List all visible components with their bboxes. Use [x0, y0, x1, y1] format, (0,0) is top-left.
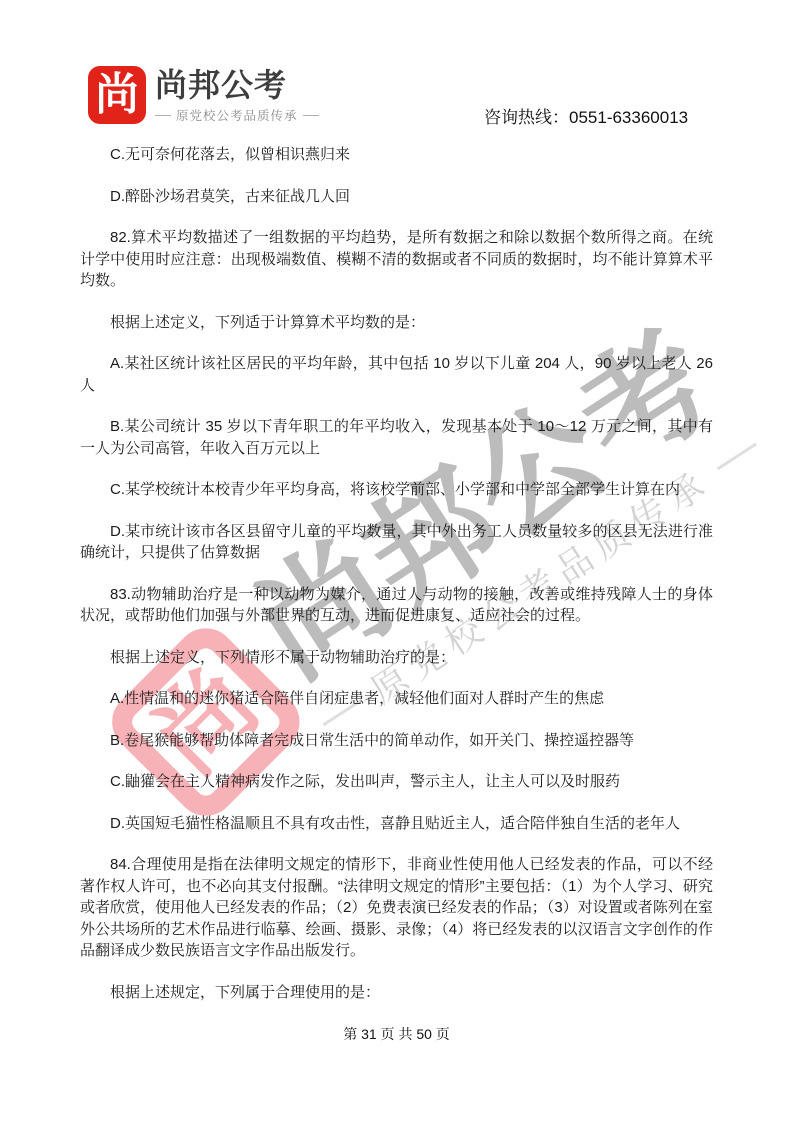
brand-name: 尚邦公考	[155, 69, 319, 101]
hotline-label: 咨询热线：	[484, 108, 569, 127]
hotline: 咨询热线：0551-63360013	[484, 103, 688, 128]
paragraph: 83.动物辅助治疗是一种以动物为媒介，通过人与动物的接触，改善或维持残障人士的身…	[80, 584, 713, 627]
page-number: 第 31 页 共 50 页	[343, 1026, 450, 1042]
paragraph: C.某学校统计本校青少年平均身高，将该校学前部、小学部和中学部全部学生计算在内	[80, 479, 713, 501]
paragraph: C.鼬獾会在主人精神病发作之际，发出叫声，警示主人，让主人可以及时服药	[80, 771, 713, 793]
brand-text-block: 尚邦公考 原党校公考品质传承	[155, 66, 319, 124]
hotline-number: 0551-63360013	[569, 108, 688, 127]
paragraph: B.卷尾猴能够帮助体障者完成日常生活中的简单动作，如开关门、操控遥控器等	[80, 730, 713, 752]
paragraph: 82.算术平均数描述了一组数据的平均趋势，是所有数据之和除以数据个数所得之商。在…	[80, 227, 713, 292]
brand-logo-mark: 尚	[88, 66, 146, 124]
paragraph: 根据上述定义，下列情形不属于动物辅助治疗的是：	[80, 647, 713, 669]
paragraph: D.醉卧沙场君莫笑，古来征战几人回	[80, 186, 713, 208]
brand-tagline: 原党校公考品质传承	[155, 106, 319, 124]
paragraph: A.性情温和的迷你猪适合陪伴自闭症患者，减轻他们面对人群时产生的焦虑	[80, 688, 713, 710]
document-body: C.无可奈何花落去，似曾相识燕归来D.醉卧沙场君莫笑，古来征战几人回82.算术平…	[80, 144, 713, 1023]
page-footer: 第 31 页 共 50 页	[0, 1024, 793, 1044]
paragraph: C.无可奈何花落去，似曾相识燕归来	[80, 144, 713, 166]
paragraph: B.某公司统计 35 岁以下青年职工的年平均收入，发现基本处于 10～12 万元…	[80, 416, 713, 459]
paragraph: 根据上述定义，下列适于计算算术平均数的是：	[80, 312, 713, 334]
paragraph: D.某市统计该市各区县留守儿童的平均数量，其中外出务工人员数量较多的区县无法进行…	[80, 521, 713, 564]
brand-logo-glyph: 尚	[95, 73, 139, 117]
paragraph: D.英国短毛猫性格温顺且不具有攻击性，喜静且贴近主人，适合陪伴独自生活的老年人	[80, 813, 713, 835]
document-page: 尚 尚邦公考 原党校公考品质传承 尚 尚邦公考 原党校公考品质传承 咨询热线：0…	[0, 0, 793, 1122]
brand-logo: 尚 尚邦公考 原党校公考品质传承	[88, 66, 319, 124]
paragraph: A.某社区统计该社区居民的平均年龄，其中包括 10 岁以下儿童 204 人，90…	[80, 353, 713, 396]
paragraph: 根据上述规定，下列属于合理使用的是：	[80, 982, 713, 1004]
paragraph: 84.合理使用是指在法律明文规定的情形下，非商业性使用他人已经发表的作品，可以不…	[80, 854, 713, 962]
